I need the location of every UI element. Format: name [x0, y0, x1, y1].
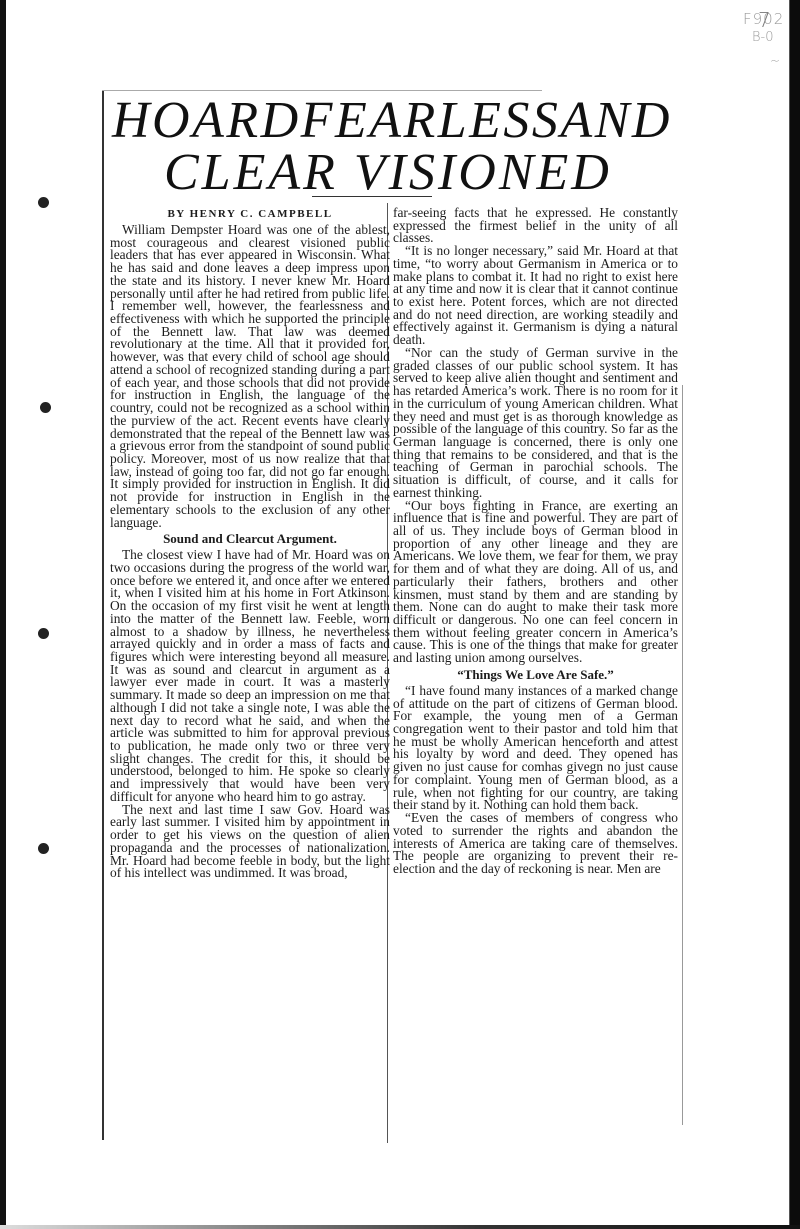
left-column: BY HENRY C. CAMPBELL William Dempster Ho… [110, 206, 390, 880]
subheading: Sound and Clearcut Argument. [110, 532, 390, 546]
headline-line-1: HOARDFEARLESSAND [112, 95, 672, 147]
paragraph: “Nor can the study of German survive in … [393, 347, 678, 500]
clipping-border [102, 90, 542, 91]
scan-bottom-edge [0, 1225, 800, 1229]
paragraph: “It is no longer necessary,” said Mr. Ho… [393, 245, 678, 347]
headline-rule [312, 196, 432, 197]
newspaper-clipping: HOARDFEARLESSAND CLEAR VISIONED BY HENRY… [102, 85, 690, 1145]
punch-hole [38, 628, 49, 639]
right-column: far-seeing facts that he expressed. He c… [393, 207, 678, 876]
scan-left-edge [0, 0, 6, 1229]
paragraph: William Dempster Hoard was one of the ab… [110, 224, 390, 529]
paragraph: “Even the cases of members of congress w… [393, 812, 678, 876]
clipping-border [102, 90, 104, 1140]
punch-hole [40, 402, 51, 413]
paragraph: “I have found many instances of a marked… [393, 685, 678, 812]
handwritten-mark: ~ [770, 54, 780, 68]
scan-right-edge [789, 0, 800, 1229]
handwritten-page-number: 7 [758, 8, 771, 32]
paragraph: The next and last time I saw Gov. Hoard … [110, 804, 390, 880]
punch-hole [38, 197, 49, 208]
headline-line-2: CLEAR VISIONED [112, 147, 672, 199]
subheading: “Things We Love Are Safe.” [393, 668, 678, 682]
paragraph: “Our boys fighting in France, are exerti… [393, 500, 678, 665]
handwritten-catalog-subcode: B-0 [752, 30, 773, 45]
column-edge [682, 385, 683, 1125]
paragraph: far-seeing facts that he expressed. He c… [393, 207, 678, 245]
headline: HOARDFEARLESSAND CLEAR VISIONED [112, 95, 672, 199]
byline: BY HENRY C. CAMPBELL [110, 208, 390, 221]
punch-hole [38, 843, 49, 854]
paragraph: The closest view I have had of Mr. Hoard… [110, 549, 390, 803]
